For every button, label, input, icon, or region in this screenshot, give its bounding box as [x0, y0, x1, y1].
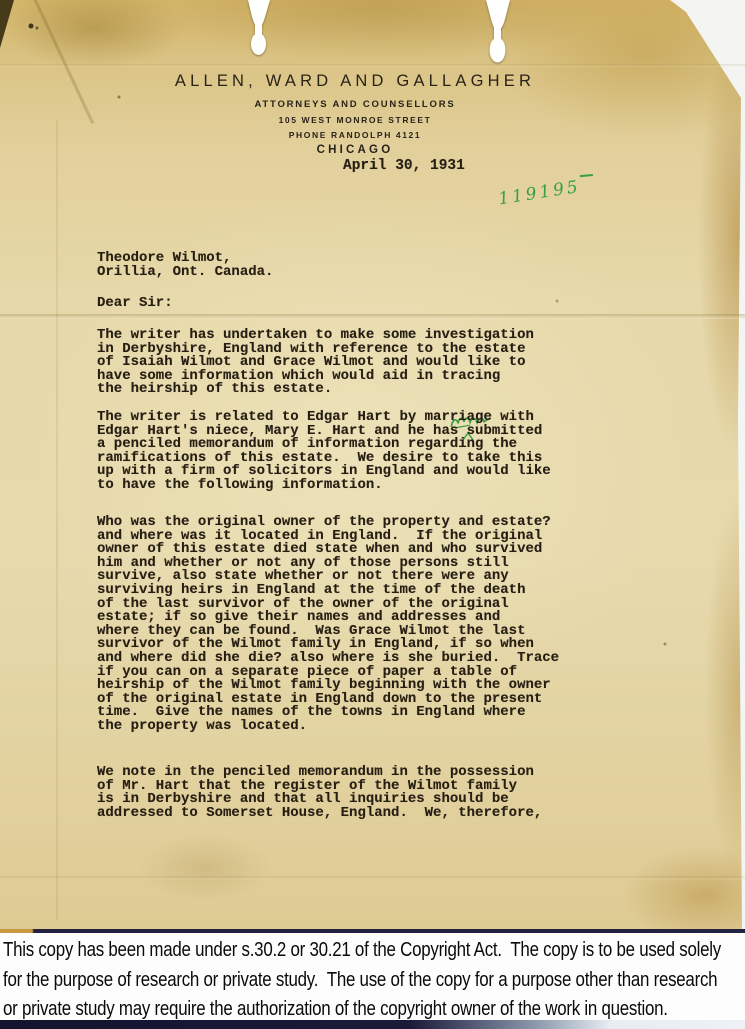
letterhead-subtitle: ATTORNEYS AND COUNSELLORS: [88, 99, 622, 110]
date-line: April 30, 1931: [343, 160, 465, 174]
scanned-letter-page: ALLEN, WARD AND GALLAGHER ATTORNEYS AND …: [0, 0, 745, 1029]
body-paragraph-1: The writer has undertaken to make some i…: [97, 329, 534, 397]
ink-specks: [0, 0, 2, 2]
file-number-overline-mark: [580, 174, 593, 177]
scan-edge-shadow: [0, 0, 14, 48]
letterhead-phone: PHONE RANDOLPH 4121: [88, 130, 622, 140]
copyright-notice-bar: This copy has been made under s.30.2 or …: [0, 929, 745, 1029]
body-paragraph-3: Who was the original owner of the proper…: [97, 516, 559, 734]
torn-punch-hole-left: [246, 0, 272, 60]
body-paragraph-2: The writer is related to Edgar Hart by m…: [97, 411, 551, 493]
copyright-notice-text: This copy has been made under s.30.2 or …: [3, 936, 721, 1025]
torn-punch-hole-right: [484, 0, 512, 66]
letterhead-city: CHICAGO: [88, 144, 622, 156]
notice-top-divider: [0, 929, 745, 933]
salutation: Dear Sir:: [97, 297, 173, 311]
firm-name: ALLEN, WARD AND GALLAGHER: [88, 72, 622, 91]
paper-crease-left: [56, 120, 58, 920]
recipient-address: Theodore Wilmot, Orillia, Ont. Canada.: [97, 252, 273, 279]
body-paragraph-4: We note in the penciled memorandum in th…: [97, 766, 542, 820]
letterhead-street-address: 105 WEST MONROE STREET: [88, 115, 622, 125]
bottom-black-bar: [0, 1020, 745, 1029]
letterhead: ALLEN, WARD AND GALLAGHER ATTORNEYS AND …: [88, 72, 622, 156]
